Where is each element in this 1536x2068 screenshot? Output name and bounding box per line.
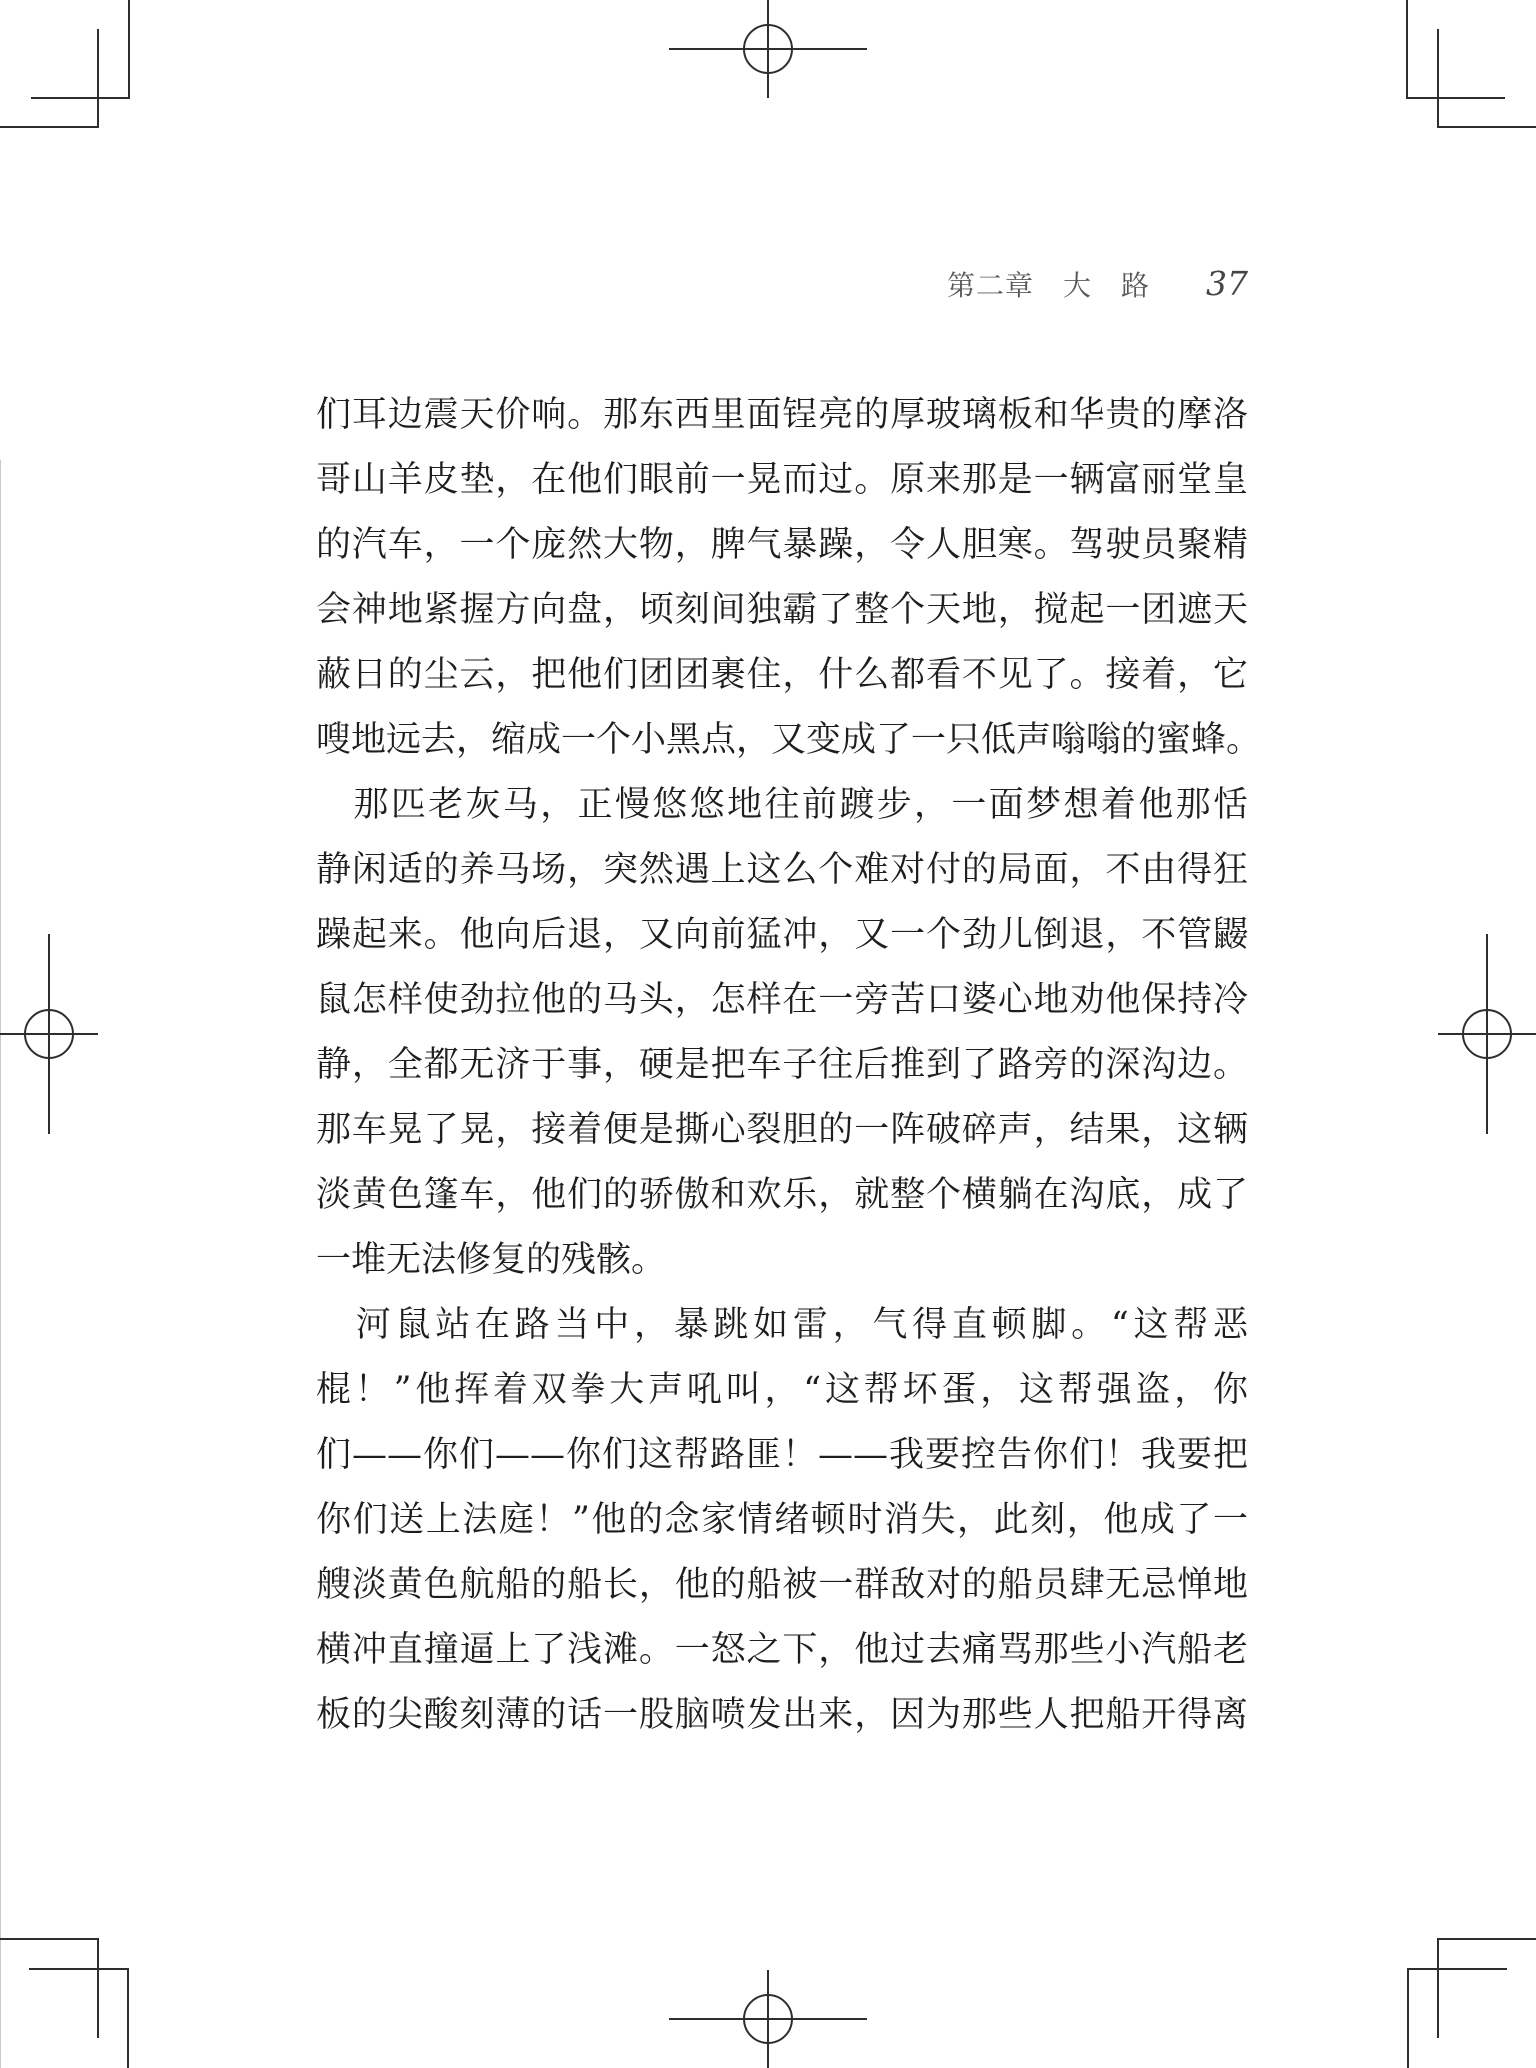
text-line: 河鼠站在路当中，暴跳如雷，气得直顿脚。“这帮恶 [316, 1293, 1248, 1358]
crop-mark [1437, 29, 1439, 128]
text-line: 静，全都无济于事，硬是把车子往后推到了路旁的深沟边。 [316, 1033, 1248, 1098]
crop-mark [29, 1968, 129, 1970]
crop-mark [97, 29, 99, 128]
text-line: 鼠怎样使劲拉他的马头，怎样在一旁苦口婆心地劝他保持冷 [316, 968, 1248, 1033]
crop-mark [1407, 1968, 1409, 2068]
text-line: 横冲直撞逼上了浅滩。一怒之下，他过去痛骂那些小汽船老 [316, 1618, 1248, 1683]
crop-mark [0, 126, 99, 128]
registration-circle-icon [743, 24, 793, 74]
book-page: 第二章 大 路37 们耳边震天价响。那东西里面锃亮的厚玻璃板和华贵的摩洛 哥山羊… [0, 0, 1536, 2068]
text-line: 蔽日的尘云，把他们团团裹住，什么都看不见了。接着，它 [316, 643, 1248, 708]
text-line: 躁起来。他向后退，又向前猛冲，又一个劲儿倒退，不管鼹 [316, 903, 1248, 968]
text-line: 们——你们——你们这帮路匪！——我要控告你们！我要把 [316, 1423, 1248, 1488]
crop-mark [1437, 1938, 1536, 1940]
crop-mark [1406, 0, 1408, 98]
text-line: 静闲适的养马场，突然遇上这么个难对付的局面，不由得狂 [316, 838, 1248, 903]
text-line: 哥山羊皮垫，在他们眼前一晃而过。原来那是一辆富丽堂皇 [316, 448, 1248, 513]
text-line: 一堆无法修复的残骸。 [316, 1228, 1248, 1293]
crop-mark [1437, 1938, 1439, 2038]
crop-mark [97, 1938, 99, 2038]
text-line: 的汽车，一个庞然大物，脾气暴躁，令人胆寒。驾驶员聚精 [316, 513, 1248, 578]
text-line: 那车晃了晃，接着便是撕心裂胆的一阵破碎声，结果，这辆 [316, 1098, 1248, 1163]
page-edge-line [0, 460, 1, 2068]
running-header: 第二章 大 路37 [947, 264, 1248, 304]
chapter-title: 第二章 大 路 [947, 269, 1150, 302]
crop-mark [127, 1968, 129, 2068]
registration-circle-icon [743, 1994, 793, 2044]
crop-mark [0, 1938, 99, 1940]
text-line: 会神地紧握方向盘，顷刻间独霸了整个天地，搅起一团遮天 [316, 578, 1248, 643]
registration-circle-icon [24, 1009, 74, 1059]
crop-mark [1406, 97, 1505, 99]
text-line: 板的尖酸刻薄的话一股脑喷发出来，因为那些人把船开得离 [316, 1683, 1248, 1748]
text-line: 淡黄色篷车，他们的骄傲和欢乐，就整个横躺在沟底，成了 [316, 1163, 1248, 1228]
crop-mark [31, 97, 130, 99]
crop-mark [1407, 1968, 1507, 1970]
text-line: 们耳边震天价响。那东西里面锃亮的厚玻璃板和华贵的摩洛 [316, 383, 1248, 448]
text-line: 嗖地远去，缩成一个小黑点，又变成了一只低声嗡嗡的蜜蜂。 [316, 708, 1248, 773]
body-text: 们耳边震天价响。那东西里面锃亮的厚玻璃板和华贵的摩洛 哥山羊皮垫，在他们眼前一晃… [316, 383, 1248, 1748]
text-line: 艘淡黄色航船的船长，他的船被一群敌对的船员肆无忌惮地 [316, 1553, 1248, 1618]
text-line: 你们送上法庭！”他的念家情绪顿时消失，此刻，他成了一 [316, 1488, 1248, 1553]
text-line: 棍！”他挥着双拳大声吼叫，“这帮坏蛋，这帮强盗，你 [316, 1358, 1248, 1423]
page-number: 37 [1206, 264, 1248, 303]
registration-circle-icon [1462, 1009, 1512, 1059]
crop-mark [1437, 126, 1536, 128]
crop-mark [128, 0, 130, 98]
text-line: 那匹老灰马，正慢悠悠地往前踱步，一面梦想着他那恬 [316, 773, 1248, 838]
